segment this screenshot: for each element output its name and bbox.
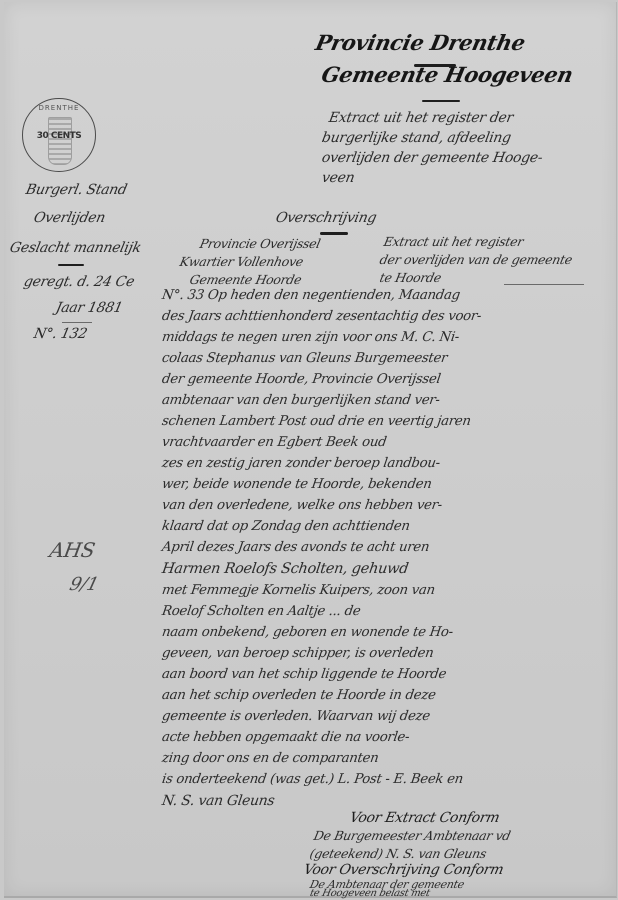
- certification-line: Voor Extract Conform: [348, 810, 501, 826]
- body-line: April dezes Jaars des avonds te acht ure…: [161, 540, 613, 555]
- body-line: schenen Lambert Post oud drie en veertig…: [161, 414, 613, 429]
- body-line: wer, beide wonende te Hoorde, bekenden: [161, 477, 613, 492]
- certification-line: (geteekend) N. S. van Gleuns: [308, 846, 487, 861]
- underline-mark: [320, 232, 348, 235]
- body-line: acte hebben opgemaakt die na voorle-: [161, 730, 613, 745]
- certification-line: Voor Overschrijving Conform: [302, 862, 505, 878]
- certification-line: De Burgemeester Ambtenaar vd: [312, 828, 512, 843]
- body-line: colaas Stephanus van Gleuns Burgemeester: [161, 351, 613, 366]
- certification-line: te Hoogeveen belast met: [309, 888, 431, 899]
- body-line: des Jaars achttienhonderd zesentachtig d…: [161, 309, 613, 324]
- body-line: klaard dat op Zondag den achttienden: [161, 519, 613, 534]
- stamp-value-text: 30 CENTS: [23, 131, 95, 141]
- underline-mark: [414, 64, 456, 67]
- body-line: naam onbekend, geboren en wonende te Ho-: [161, 625, 613, 640]
- body-line: zing door ons en de comparanten: [161, 751, 613, 766]
- sub-header-left: Gemeente Hoorde: [188, 272, 303, 287]
- body-line: van den overledene, welke ons hebben ver…: [161, 498, 613, 513]
- underline-mark: [58, 264, 84, 266]
- document-page: Provincie Drenthe Gemeente Hoogeveen Ext…: [4, 2, 617, 898]
- coat-of-arms-icon: [48, 117, 72, 165]
- margin-note: Geslacht mannelijk: [8, 240, 142, 256]
- underline-mark: [422, 100, 460, 102]
- body-line: aan boord van het schip liggende te Hoor…: [161, 667, 613, 682]
- body-line: met Femmegje Kornelis Kuipers, zoon van: [161, 583, 613, 598]
- body-line: geveen, van beroep schipper, is overlede…: [161, 646, 613, 661]
- tax-stamp: DRENTHE 30 CENTS: [22, 98, 96, 172]
- body-line-signature: N. S. van Gleuns: [161, 793, 613, 809]
- body-line: Roelof Scholten en Aaltje ... de: [161, 604, 613, 619]
- stamp-top-text: DRENTHE: [23, 104, 95, 112]
- body-line: aan het schip overleden te Hoorde in dez…: [161, 688, 613, 703]
- underline-mark: [62, 322, 92, 323]
- sub-header-right: te Hoorde: [378, 270, 442, 285]
- section-title: Overschrijving: [274, 210, 377, 226]
- extract-intro-line: Extract uit het register der: [328, 110, 515, 126]
- body-line: vrachtvaarder en Egbert Beek oud: [161, 435, 613, 450]
- body-line: is onderteekend (was get.) L. Post - E. …: [161, 772, 613, 787]
- body-line: ambtenaar van den burgerlijken stand ver…: [161, 393, 613, 408]
- margin-note: N°. 132: [32, 326, 88, 342]
- margin-note: Overlijden: [32, 210, 106, 226]
- body-line: middags te negen uren zijn voor ons M. C…: [161, 330, 613, 345]
- extract-intro-line: overlijden der gemeente Hooge-: [321, 150, 544, 166]
- body-line-name: Harmen Roelofs Scholten, gehuwd: [161, 561, 613, 577]
- extract-intro-line: veen: [321, 170, 356, 186]
- sub-header-left: Kwartier Vollenhove: [178, 254, 304, 269]
- province-heading: Provincie Drenthe: [313, 30, 527, 55]
- archive-mark: 9/1: [67, 574, 100, 595]
- extract-intro-line: burgerlijke stand, afdeeling: [321, 130, 513, 146]
- body-line: gemeente is overleden. Waarvan wij deze: [161, 709, 613, 724]
- margin-note: Burgerl. Stand: [24, 182, 128, 198]
- underline-mark: [504, 284, 584, 285]
- body-line: zes en zestig jaren zonder beroep landbo…: [161, 456, 613, 471]
- sub-header-right: Extract uit het register: [382, 234, 524, 249]
- body-line: der gemeente Hoorde, Provincie Overijsse…: [161, 372, 613, 387]
- margin-note: geregt. d. 24 Ce: [22, 274, 135, 290]
- margin-note: Jaar 1881: [54, 300, 124, 316]
- sub-header-left: Provincie Overijssel: [198, 236, 321, 251]
- archive-mark: AHS: [48, 538, 97, 562]
- body-line: N°. 33 Op heden den negentienden, Maanda…: [161, 288, 613, 303]
- sub-header-right: der overlijden van de gemeente: [378, 252, 573, 267]
